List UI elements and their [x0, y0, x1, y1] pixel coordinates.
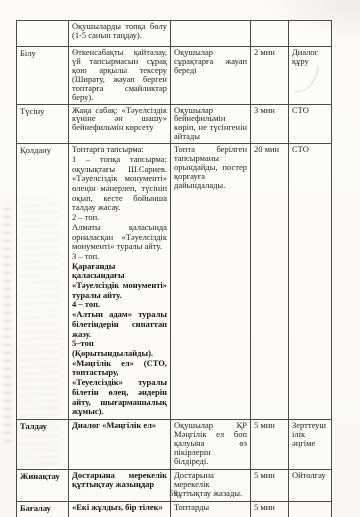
activity-cell: Топтарға тапсырма: 1 – топқа тапсырма: о…	[69, 144, 171, 420]
stage-cell: Түсіну	[17, 104, 69, 144]
scanned-document-page: Оқушыларды топқа бөлу (1-5 санын таңдау)…	[0, 0, 360, 517]
stage-cell	[17, 21, 69, 47]
stage-cell: Бағалау	[17, 501, 69, 517]
students-cell: Оқушылар сұрақтарға жауап береді	[171, 47, 251, 105]
students-cell: Топта берілген тапсырманы орындайды, пос…	[171, 144, 251, 420]
activity-cell: Оқушыларды топқа бөлу (1-5 санын таңдау)…	[69, 21, 171, 47]
activity-cell: Өткенсабақты қайталау, үй тапсырмасын сұ…	[69, 47, 171, 105]
students-cell: Оқушылар ҚР Мәңгілік ел боп қалуына өз п…	[171, 419, 251, 469]
activity-text-normal: Топтарға тапсырма: 1 – топқа тапсырма: о…	[72, 145, 167, 261]
method-cell: СТО	[289, 144, 332, 420]
table-row: Бағалау «Екі жұлдыз, бір тілек» Топтарды…	[17, 501, 332, 517]
table-row: Түсіну Жаңа сабақ: «Тәуелсіздік күніне ә…	[17, 104, 332, 144]
method-cell: Зерттеушілік әңгіме	[289, 419, 332, 469]
time-cell: 5 мин	[251, 501, 289, 517]
students-cell	[171, 21, 251, 47]
method-cell: СТО	[289, 104, 332, 144]
method-cell	[289, 21, 332, 47]
time-cell: 5 мин	[251, 419, 289, 469]
stage-cell: Білу	[17, 47, 69, 105]
time-cell	[251, 21, 289, 47]
method-cell	[289, 501, 332, 517]
table-row: Талдау Диалог «Мәңгілік ел» Оқушылар ҚР …	[17, 419, 332, 469]
scan-smudge	[4, 208, 11, 448]
activity-cell: «Екі жұлдыз, бір тілек»	[69, 501, 171, 517]
table-row: Оқушыларды топқа бөлу (1-5 санын таңдау)…	[17, 21, 332, 47]
activity-cell: Диалог «Мәңгілік ел»	[69, 419, 171, 469]
time-cell: 2 мин	[251, 47, 289, 105]
stage-cell: Қолдану	[17, 144, 69, 420]
table-row: Білу Өткенсабақты қайталау, үй тапсырмас…	[17, 47, 332, 105]
method-cell: Диалог құру	[289, 47, 332, 105]
stage-cell: Талдау	[17, 419, 69, 469]
time-cell: 3 мин	[251, 104, 289, 144]
page-number: 59	[16, 488, 331, 498]
activity-cell: Жаңа сабақ: «Тәуелсіздік күніне ән шашу»…	[69, 104, 171, 144]
students-cell: Оқушылар бейнефильмін көріп, не түсінген…	[171, 104, 251, 144]
lesson-plan-table: Оқушыларды топқа бөлу (1-5 санын таңдау)…	[16, 20, 332, 517]
students-cell: Топтарды	[171, 501, 251, 517]
time-cell: 20 мин	[251, 144, 289, 420]
table-row: Қолдану Топтарға тапсырма: 1 – топқа тап…	[17, 144, 332, 420]
activity-text-bold: Қарағанды қаласындағы «Тәуелсіздік монум…	[72, 262, 167, 417]
